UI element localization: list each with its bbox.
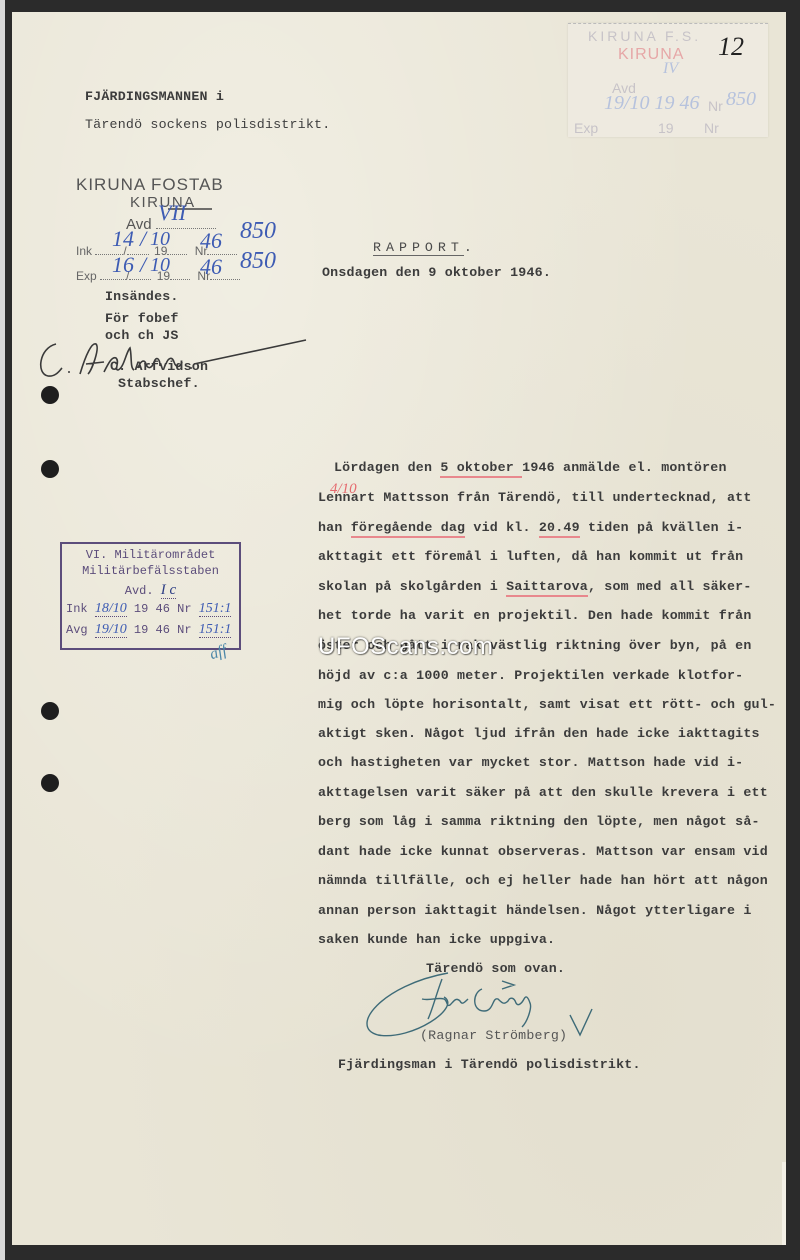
mil-avd-label: Avd. [125, 584, 154, 598]
punch-hole [41, 460, 59, 478]
body-line: berg som låg i samma riktning den löpte,… [318, 814, 760, 829]
mil-avg-nr: 151:1 [199, 622, 232, 638]
slip-header: KIRUNA F.S. [588, 28, 701, 44]
punch-hole [41, 386, 59, 404]
mil-ink-nr-label: Nr [177, 602, 191, 616]
slip-avd-value: IV [663, 60, 678, 78]
body-line: Lördagen den 5 oktober 1946 anmälde el. … [334, 460, 727, 475]
body-line: dant hade icke kunnat observeras. Mattso… [318, 844, 768, 859]
watermark: UFOScans.com [318, 633, 493, 661]
mil-avd-value: I c [161, 582, 176, 599]
report-date: Onsdagen den 9 oktober 1946. [322, 265, 551, 280]
body-line: höjd av c:a 1000 meter. Projektilen verk… [318, 668, 743, 683]
sender-line-2: Tärendö sockens polisdistrikt. [85, 117, 330, 132]
page-edge [782, 1162, 786, 1245]
slip-ink-date: 19/10 19 46 [604, 92, 700, 115]
body-line: annan person iakttagit händelsen. Något … [318, 903, 752, 918]
body-line: mig och löpte horisontalt, samt visat et… [318, 697, 776, 712]
body-line: Lennart Mattsson från Tärendö, till unde… [318, 490, 752, 505]
mil-avg-nr-label: Nr [177, 623, 191, 637]
ink-nr: 850 [240, 218, 276, 245]
mil-avg-date: 19/10 [95, 622, 127, 638]
forward-signatory-name: C. Arfvidson [110, 359, 208, 374]
mil-stamp-line-2: Militärbefälsstaben [62, 564, 239, 578]
exp-label: Exp [76, 269, 97, 283]
body-line: het torde ha varit en projektil. Den had… [318, 608, 752, 623]
ink-label: Ink [76, 244, 92, 258]
avd-value: VII [158, 200, 186, 226]
body-line: och hastigheten var mycket stor. Mattson… [318, 755, 743, 770]
body-line: han föregående dag vid kl. 20.49 tiden p… [318, 520, 743, 535]
forward-signatory-title: Stabschef. [118, 376, 200, 391]
slip-exp-label: Exp [574, 120, 598, 136]
forward-insandes: Insändes. [105, 289, 179, 304]
body-line: saken kunde han icke uppgiva. [318, 932, 555, 947]
mil-avg-year: 19 46 [134, 623, 170, 637]
ink-year: 46 [200, 228, 222, 254]
body-line: nämnda tillfälle, och ej heller hade han… [318, 873, 768, 888]
mil-ink-label: Ink [66, 602, 88, 616]
military-district-stamp: VI. Militärområdet Militärbefälsstaben A… [60, 542, 241, 650]
closing-signatory-name: (Ragnar Strömberg) [420, 1028, 567, 1043]
ink-month: 10 [150, 228, 170, 251]
slip-exp-year: 19 [658, 120, 674, 136]
forward-recipient-1: För fobef [105, 311, 179, 326]
mil-ink-date: 18/10 [95, 601, 127, 617]
body-line: aktigt sken. Något ljud ifrån den hade i… [318, 726, 760, 741]
body-line: akttagelsen varit säker på att den skull… [318, 785, 768, 800]
report-title: RAPPORT. [373, 240, 472, 255]
slip-nr-value: 850 [726, 88, 756, 111]
kiruna-fostab-stamp: KIRUNA FOSTAB KIRUNA Avd VII Ink / 19 Nr… [68, 172, 298, 282]
document-page: FJÄRDINGSMANNEN i Tärendö sockens polisd… [12, 12, 786, 1245]
punch-hole [41, 702, 59, 720]
mil-ink-nr: 151:1 [199, 601, 232, 617]
ink-day: 14 [112, 226, 134, 252]
mil-stamp-line-1: VI. Militärområdet [62, 548, 239, 562]
mil-avg-label: Avg [66, 623, 88, 637]
exp-nr: 850 [240, 248, 276, 275]
exp-month: 10 [150, 254, 170, 277]
scanner-frame-edge [0, 0, 5, 1260]
exp-year: 46 [200, 254, 222, 280]
sender-line-1: FJÄRDINGSMANNEN i [85, 89, 224, 104]
exp-day: 16 [112, 252, 134, 278]
body-line: akttagit ett föremål i luften, då han ko… [318, 549, 743, 564]
page-number: 12 [718, 32, 744, 62]
body-line: skolan på skolgården i Saittarova, som m… [318, 579, 752, 594]
slip-exp-nr: Nr [704, 120, 719, 136]
punch-hole [41, 774, 59, 792]
mil-ink-year: 19 46 [134, 602, 170, 616]
slip-nr-label: Nr [708, 98, 723, 114]
stamp-title: KIRUNA FOSTAB [76, 175, 224, 195]
closing-signatory-title: Fjärdingsman i Tärendö polisdistrikt. [338, 1057, 641, 1072]
